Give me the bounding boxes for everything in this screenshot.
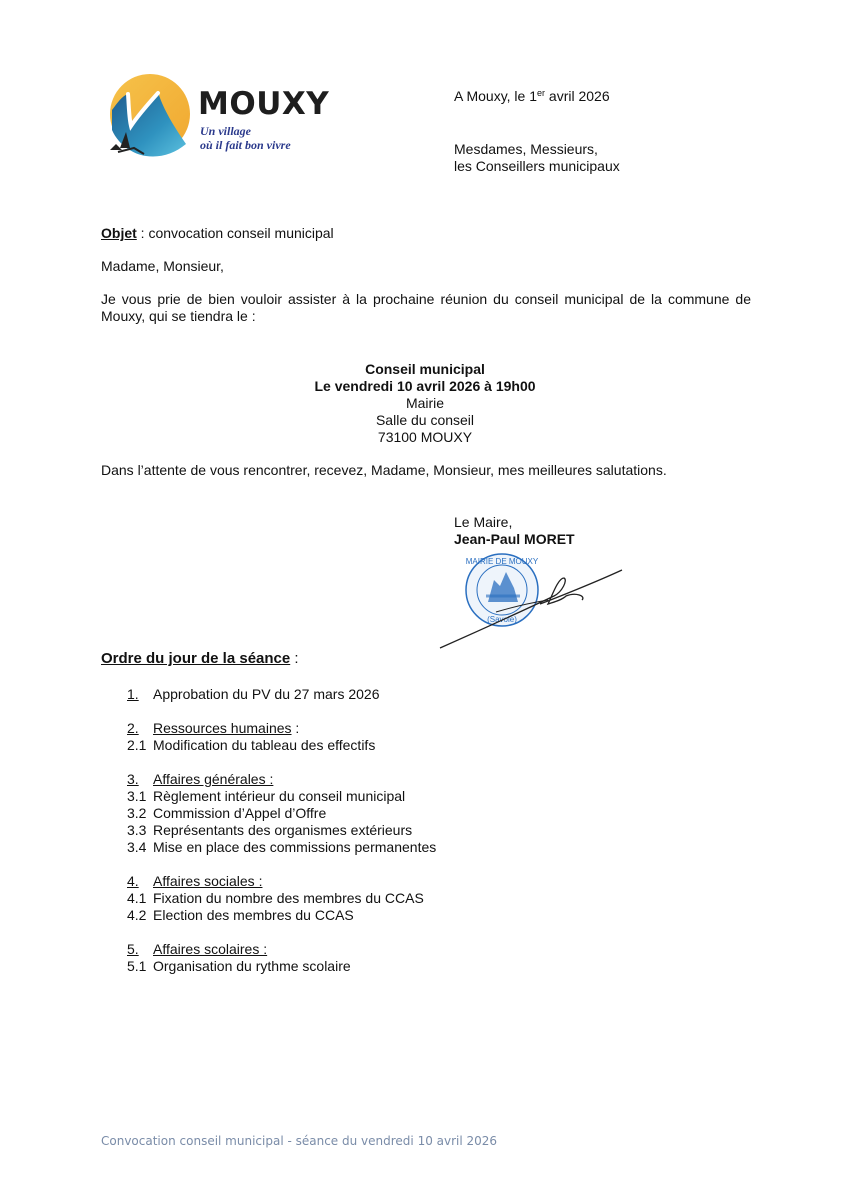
- item-number: 4.2: [127, 907, 153, 924]
- item-number: 3.1: [127, 788, 153, 805]
- meeting-place: Mairie: [250, 395, 600, 412]
- item-text: Mise en place des commissions permanente…: [153, 839, 436, 855]
- agenda-item: 5.1Organisation du rythme scolaire: [127, 958, 436, 975]
- item-text: Modification du tableau des effectifs: [153, 737, 375, 753]
- agenda-item: 3.2Commission d’Appel d’Offre: [127, 805, 436, 822]
- stamp-icon: MAIRIE DE MOUXY (Savoie): [466, 554, 539, 626]
- section-heading: Affaires sociales :: [153, 873, 262, 889]
- mouxy-logo: MOUXY Un village où il fait bon vivre: [104, 72, 324, 162]
- letter-date: A Mouxy, le 1er avril 2026: [454, 88, 610, 104]
- subject-text: : convocation conseil municipal: [137, 225, 334, 241]
- recipients: Mesdames, Messieurs, les Conseillers mun…: [454, 141, 620, 175]
- item-number: 5.1: [127, 958, 153, 975]
- meeting-title: Conseil municipal: [250, 361, 600, 378]
- section-heading: Ressources humaines: [153, 720, 292, 736]
- recipient-line-2: les Conseillers municipaux: [454, 158, 620, 175]
- section-heading: Affaires générales :: [153, 771, 273, 787]
- section-number: 4.: [127, 873, 153, 890]
- section-number: 5.: [127, 941, 153, 958]
- agenda-section-2: 2.Ressources humaines : 2.1Modification …: [127, 720, 436, 754]
- subject-label: Objet: [101, 225, 137, 241]
- date-prefix: A Mouxy, le 1: [454, 88, 537, 104]
- item-text: Commission d’Appel d’Offre: [153, 805, 326, 821]
- agenda-list: 1.Approbation du PV du 27 mars 2026 2.Re…: [127, 686, 436, 992]
- item-number: 3.4: [127, 839, 153, 856]
- tagline-line-1: Un village: [200, 124, 291, 138]
- section-heading: Affaires scolaires :: [153, 941, 267, 957]
- agenda-item: 3.3Représentants des organismes extérieu…: [127, 822, 436, 839]
- section-heading: Approbation du PV du 27 mars 2026: [153, 686, 380, 702]
- meeting-room: Salle du conseil: [250, 412, 600, 429]
- agenda-section-1: 1.Approbation du PV du 27 mars 2026: [127, 686, 436, 703]
- agenda-item: 4.1Fixation du nombre des membres du CCA…: [127, 890, 436, 907]
- logo-tagline: Un village où il fait bon vivre: [200, 124, 291, 152]
- signer: Le Maire, Jean-Paul MORET: [454, 514, 575, 548]
- agenda-title-text: Ordre du jour de la séance: [101, 650, 290, 667]
- item-text: Organisation du rythme scolaire: [153, 958, 351, 974]
- section-number: 1.: [127, 686, 153, 703]
- signer-name: Jean-Paul MORET: [454, 531, 575, 548]
- stamp-top-text: MAIRIE DE MOUXY: [466, 557, 539, 566]
- closing-paragraph: Dans l’attente de vous rencontrer, recev…: [101, 462, 667, 478]
- logo-name: MOUXY: [198, 86, 329, 122]
- agenda-item: 4.2Election des membres du CCAS: [127, 907, 436, 924]
- item-number: 2.1: [127, 737, 153, 754]
- section-number: 3.: [127, 771, 153, 788]
- mountain-sun-logo-icon: [104, 72, 192, 160]
- meeting-details: Conseil municipal Le vendredi 10 avril 2…: [250, 361, 600, 446]
- item-number: 3.2: [127, 805, 153, 822]
- signer-role: Le Maire,: [454, 514, 575, 531]
- agenda-section-5: 5.Affaires scolaires : 5.1Organisation d…: [127, 941, 436, 975]
- date-superscript: er: [537, 88, 545, 98]
- official-stamp-signature-icon: MAIRIE DE MOUXY (Savoie): [436, 552, 626, 652]
- tagline-line-2: où il fait bon vivre: [200, 138, 291, 152]
- item-text: Election des membres du CCAS: [153, 907, 354, 923]
- section-heading-suffix: :: [292, 720, 300, 736]
- recipient-line-1: Mesdames, Messieurs,: [454, 141, 620, 158]
- item-text: Règlement intérieur du conseil municipal: [153, 788, 405, 804]
- agenda-item: 3.4Mise en place des commissions permane…: [127, 839, 436, 856]
- item-text: Représentants des organismes extérieurs: [153, 822, 412, 838]
- item-number: 3.3: [127, 822, 153, 839]
- agenda-item: 2.1Modification du tableau des effectifs: [127, 737, 436, 754]
- agenda-section-3: 3.Affaires générales : 3.1Règlement inté…: [127, 771, 436, 856]
- intro-paragraph: Je vous prie de bien vouloir assister à …: [101, 291, 751, 325]
- agenda-item: 3.1Règlement intérieur du conseil munici…: [127, 788, 436, 805]
- section-number: 2.: [127, 720, 153, 737]
- agenda-section-4: 4.Affaires sociales : 4.1Fixation du nom…: [127, 873, 436, 924]
- agenda-title-suffix: :: [290, 650, 298, 667]
- date-suffix: avril 2026: [545, 88, 610, 104]
- meeting-city: 73100 MOUXY: [250, 429, 600, 446]
- greeting: Madame, Monsieur,: [101, 258, 224, 274]
- item-text: Fixation du nombre des membres du CCAS: [153, 890, 424, 906]
- meeting-datetime: Le vendredi 10 avril 2026 à 19h00: [250, 378, 600, 395]
- item-number: 4.1: [127, 890, 153, 907]
- agenda-title: Ordre du jour de la séance :: [101, 650, 299, 667]
- page-footer: Convocation conseil municipal - séance d…: [101, 1134, 497, 1148]
- subject-line: Objet : convocation conseil municipal: [101, 225, 334, 241]
